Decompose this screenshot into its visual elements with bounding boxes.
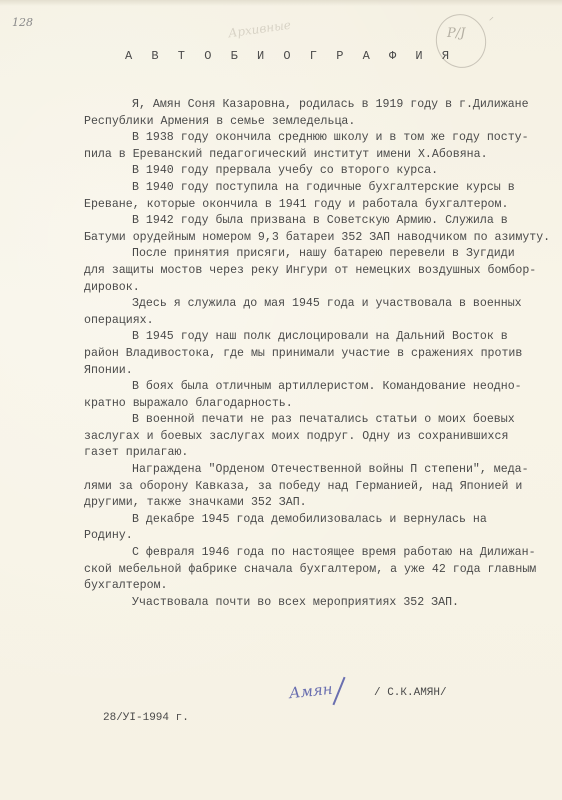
text-line: В 1945 году наш полк дислоцировали на Да…: [84, 329, 544, 346]
text-line: район Владивостока, где мы принимали уча…: [84, 346, 544, 363]
text-line: операциях.: [84, 313, 544, 330]
document-body: Я, Амян Соня Казаровна, родилась в 1919 …: [84, 97, 544, 611]
text-line: газет прилагаю.: [84, 445, 544, 462]
text-line: для защиты мостов через реку Ингури от н…: [84, 263, 544, 280]
text-line: В 1940 году поступила на годичные бухгал…: [84, 180, 544, 197]
text-line: С февраля 1946 года по настоящее время р…: [84, 545, 544, 562]
signature-name: / С.К.АМЯН/: [374, 687, 447, 699]
text-line: После принятия присяги, нашу батарею пер…: [84, 246, 544, 263]
text-line: Ереване, которые окончила в 1941 году и …: [84, 197, 544, 214]
document-date: 28/УI-1994 г.: [103, 712, 189, 724]
text-line: Участвовала почти во всех мероприятиях 3…: [84, 595, 544, 612]
pencil-initials: P/J: [447, 26, 465, 41]
text-line: заслугах и боевых заслугах моих подруг. …: [84, 429, 544, 446]
text-line: Республики Армения в семье земледельца.: [84, 114, 544, 131]
text-line: лями за оборону Кавказа, за победу над Г…: [84, 479, 544, 496]
text-line: В 1938 году окончила среднюю школу и в т…: [84, 130, 544, 147]
text-line: дировок.: [84, 280, 544, 297]
text-line: кратно выражало благодарность.: [84, 396, 544, 413]
text-line: ской мебельной фабрике сначала бухгалтер…: [84, 562, 544, 579]
text-line: пила в Ереванский педагогический институ…: [84, 147, 544, 164]
text-line: Родину.: [84, 528, 544, 545]
archive-page-number: 128: [12, 16, 33, 29]
paper-edge: [0, 0, 562, 6]
text-line: Японии.: [84, 363, 544, 380]
text-line: бухгалтером.: [84, 578, 544, 595]
text-line: В 1942 году была призвана в Советскую Ар…: [84, 213, 544, 230]
text-line: В 1940 году прервала учебу со второго ку…: [84, 163, 544, 180]
text-line: Я, Амян Соня Казаровна, родилась в 1919 …: [84, 97, 544, 114]
text-line: Батуми орудейным номером 9,3 батареи 352…: [84, 230, 544, 247]
text-line: В военной печати не раз печатались стать…: [84, 412, 544, 429]
text-line: другими, также значками 352 ЗАП.: [84, 495, 544, 512]
document-title: А В Т О Б И О Г Р А Ф И Я: [0, 49, 562, 63]
pencil-mark: ᐟ: [488, 16, 492, 27]
text-line: В боях была отличным артиллеристом. Кома…: [84, 379, 544, 396]
text-line: Здесь я служила до мая 1945 года и участ…: [84, 296, 544, 313]
text-line: В декабре 1945 года демобилизовалась и в…: [84, 512, 544, 529]
text-line: Награждена "Орденом Отечественной войны …: [84, 462, 544, 479]
